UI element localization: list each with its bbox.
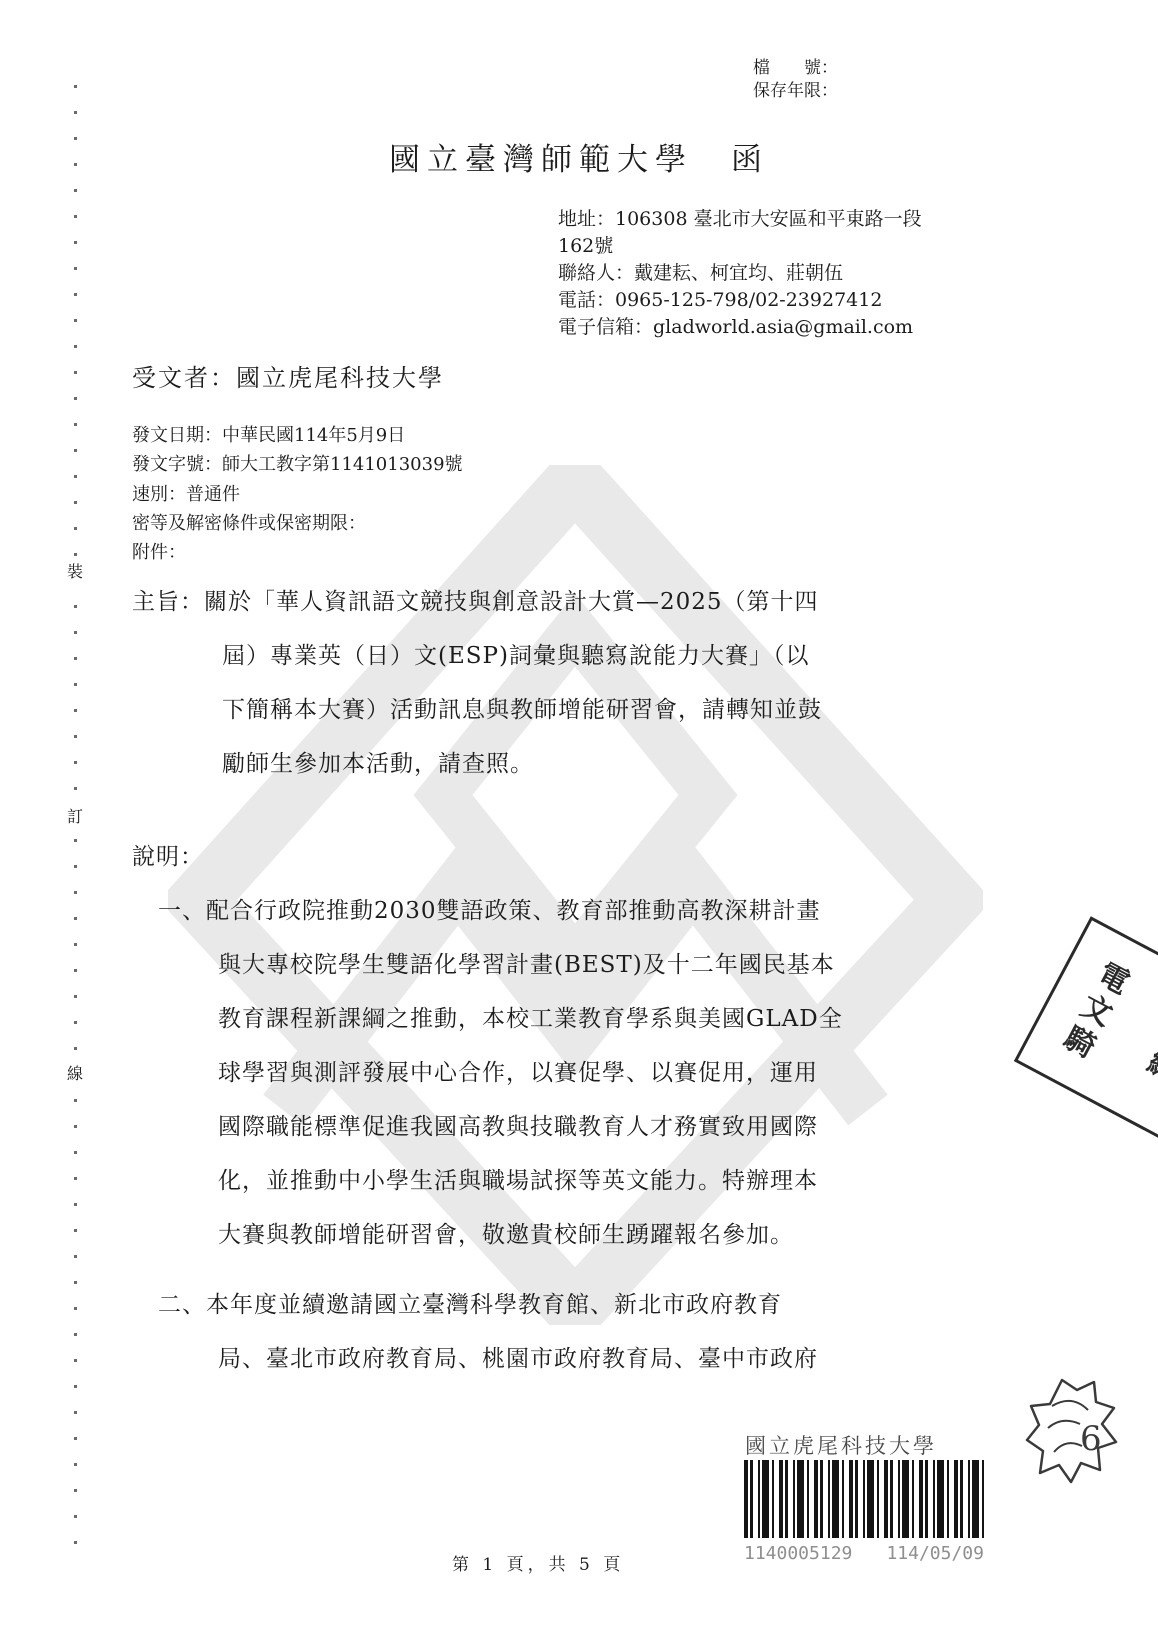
binding-char-ding: 訂 xyxy=(61,801,89,830)
sender-address-line2: 162號 xyxy=(558,231,613,258)
barcode-date: 114/05/09 xyxy=(886,1543,984,1564)
sender-address-line1: 地址：106308 臺北市大安區和平東路一段 xyxy=(558,204,922,231)
sender-contact-persons: 聯絡人：戴建耘、柯宜均、莊朝伍 xyxy=(558,258,843,285)
edge-seal-text-right: 交縫 xyxy=(1131,1008,1158,1092)
description-item1-line: 與大專校院學生雙語化學習計畫(BEST)及十二年國民基本 xyxy=(218,946,835,979)
description-item1-line: 化，並推動中小學生活與職場試探等英文能力。特辦理本 xyxy=(218,1162,818,1195)
edge-seal-text-left: 電文騎 xyxy=(1048,952,1138,1068)
subject-line: 屆）專業英（日）文(ESP)詞彙與聽寫說能力大賽」（以 xyxy=(222,637,809,670)
description-item2-line: 二、本年度並續邀請國立臺灣科學教育館、新北市政府教育 xyxy=(158,1286,782,1319)
description-label: 說明： xyxy=(132,838,204,871)
barcode xyxy=(744,1460,984,1538)
barcode-caption: 1140005129 114/05/09 xyxy=(744,1543,984,1564)
recipient-org-stamp: 國立虎尾科技大學 xyxy=(745,1430,937,1460)
description-item1-line: 教育課程新課綱之推動，本校工業教育學系與美國GLAD全 xyxy=(218,1000,843,1033)
subject-line: 主旨：關於「華人資訊語文競技與創意設計大賞—2025（第十四 xyxy=(132,583,819,616)
description-item1-line: 大賽與教師增能研習會，敬邀貴校師生踴躍報名參加。 xyxy=(218,1216,794,1249)
seal-number: 6 xyxy=(1080,1419,1102,1459)
perforation-seal-icon: 6 xyxy=(1022,1372,1122,1498)
sender-phone: 電話：0965-125-798/02-23927412 xyxy=(558,285,882,312)
scanned-official-letter-page: 裝 訂 線 檔 號： 保存年限： 國立臺灣師範大學 函 地址：106308 臺北… xyxy=(0,0,1158,1649)
meta-security-class: 密等及解密條件或保密期限： xyxy=(132,509,366,535)
meta-speed-class: 速別：普通件 xyxy=(132,480,240,506)
document-title: 國立臺灣師範大學 函 xyxy=(0,134,1158,179)
binding-char-xian: 線 xyxy=(61,1058,89,1087)
recipient-line: 受文者：國立虎尾科技大學 xyxy=(132,358,444,393)
description-item1-line: 一、配合行政院推動2030雙語政策、教育部推動高教深耕計畫 xyxy=(158,892,821,925)
subject-line: 下簡稱本大賽）活動訊息與教師增能研習會，請轉知並鼓 xyxy=(222,691,822,724)
meta-issue-date: 發文日期：中華民國114年5月9日 xyxy=(132,421,405,447)
file-number-label: 檔 號： xyxy=(753,57,838,80)
file-number-block: 檔 號： 保存年限： xyxy=(753,57,838,103)
description-item1-line: 球學習與測評發展中心合作，以賽促學、以賽促用，運用 xyxy=(218,1054,818,1087)
meta-attachment: 附件： xyxy=(132,538,186,564)
sender-email: 電子信箱：gladworld.asia@gmail.com xyxy=(558,312,913,339)
subject-line: 勵師生參加本活動，請查照。 xyxy=(222,745,534,778)
meta-doc-number: 發文字號：師大工教字第1141013039號 xyxy=(132,450,463,476)
description-item1-line: 國際職能標準促進我國高教與技職教育人才務實致用國際 xyxy=(218,1108,818,1141)
retention-period-label: 保存年限： xyxy=(753,80,838,103)
description-item2-line: 局、臺北市政府教育局、桃園市政府教育局、臺中市政府 xyxy=(218,1340,818,1373)
page-number: 第 1 頁，共 5 頁 xyxy=(452,1550,624,1575)
binding-char-zhuang: 裝 xyxy=(61,556,89,585)
barcode-number: 1140005129 xyxy=(744,1543,852,1564)
edge-joint-seal: 電文騎 交縫 xyxy=(1014,916,1158,1143)
